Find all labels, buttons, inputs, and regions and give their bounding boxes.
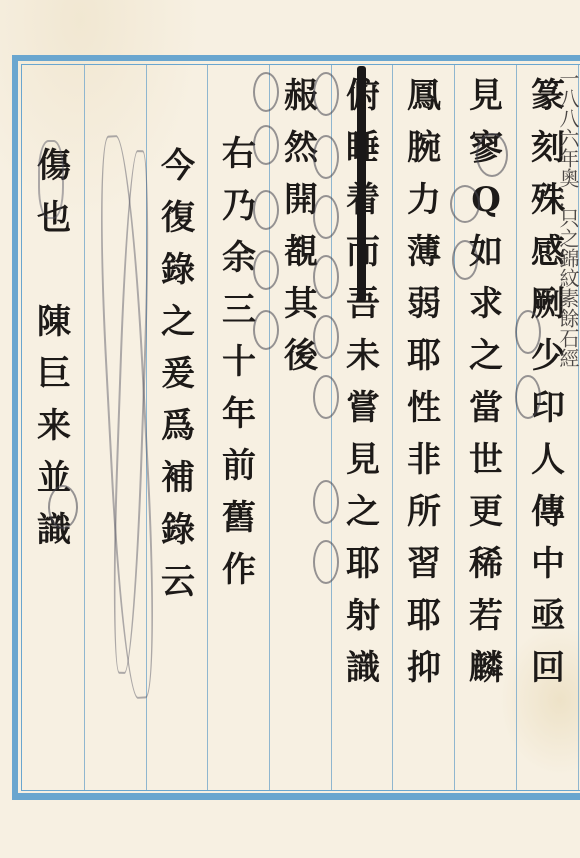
text-column-3: 鳳 腕 力 薄 弱 耶 性 非 所 習 耶 抑 bbox=[393, 70, 455, 792]
text-column-6: 右 乃 余 三 十 年 前 舊 作 bbox=[208, 128, 270, 850]
char: 求 bbox=[461, 278, 511, 330]
char: 之 bbox=[338, 486, 388, 538]
char: 復 bbox=[153, 192, 203, 244]
char: 腕 bbox=[399, 122, 449, 174]
pencil-circle bbox=[476, 133, 508, 177]
char: 稀 bbox=[461, 538, 511, 590]
char: 弱 bbox=[399, 278, 449, 330]
char: 非 bbox=[399, 434, 449, 486]
right-margin-annotation: 一八八六年奧…只之錦紋素餘石經 bbox=[558, 68, 578, 828]
char: 力 bbox=[399, 174, 449, 226]
char: 之 bbox=[153, 296, 203, 348]
text-column-2: 見 寥 Q 如 求 之 當 世 更 稀 若 麟 bbox=[455, 70, 517, 792]
pencil-scribble bbox=[38, 140, 64, 219]
char: 見 bbox=[338, 434, 388, 486]
char: 識 bbox=[338, 642, 388, 694]
pencil-circle bbox=[313, 480, 339, 524]
char: 耶 bbox=[399, 590, 449, 642]
char: 薄 bbox=[399, 226, 449, 278]
pencil-circle bbox=[313, 195, 339, 239]
char: 作 bbox=[214, 544, 264, 596]
char: 未 bbox=[338, 330, 388, 382]
char: 見 bbox=[461, 70, 511, 122]
char: 陳 bbox=[29, 296, 79, 348]
char: 射 bbox=[338, 590, 388, 642]
char: 錄 bbox=[153, 244, 203, 296]
char: 錄 bbox=[153, 504, 203, 556]
pencil-circle bbox=[313, 540, 339, 584]
char: 當 bbox=[461, 382, 511, 434]
strike-through-mark bbox=[357, 66, 366, 302]
char: 世 bbox=[461, 434, 511, 486]
pencil-circle bbox=[253, 72, 279, 112]
pencil-circle bbox=[253, 250, 279, 290]
text-column-7: 今 復 錄 之 爰 爲 補 錄 云 bbox=[147, 140, 209, 858]
char: 爲 bbox=[153, 400, 203, 452]
char: 来 bbox=[29, 400, 79, 452]
char: 云 bbox=[153, 556, 203, 608]
char: 性 bbox=[399, 382, 449, 434]
char: 耶 bbox=[338, 538, 388, 590]
char: 今 bbox=[153, 140, 203, 192]
char: 更 bbox=[461, 486, 511, 538]
char: 若 bbox=[461, 590, 511, 642]
pencil-circle bbox=[313, 72, 339, 116]
pencil-circle bbox=[313, 315, 339, 359]
pencil-circle bbox=[313, 375, 339, 419]
char bbox=[29, 244, 79, 296]
pencil-circle bbox=[313, 255, 339, 299]
char: 補 bbox=[153, 452, 203, 504]
pencil-circle bbox=[48, 485, 78, 529]
char: 耶 bbox=[399, 330, 449, 382]
char: 抑 bbox=[399, 642, 449, 694]
pencil-circle bbox=[452, 240, 478, 280]
char: 年 bbox=[214, 388, 264, 440]
char: 舊 bbox=[214, 492, 264, 544]
char: 嘗 bbox=[338, 382, 388, 434]
pencil-circle bbox=[515, 375, 541, 419]
char: 麟 bbox=[461, 642, 511, 694]
char: 之 bbox=[461, 330, 511, 382]
char: 前 bbox=[214, 440, 264, 492]
pencil-circle bbox=[253, 190, 279, 230]
pencil-circle bbox=[313, 135, 339, 179]
char: 習 bbox=[399, 538, 449, 590]
pencil-circle bbox=[253, 125, 279, 165]
char: 巨 bbox=[29, 348, 79, 400]
char: 所 bbox=[399, 486, 449, 538]
pencil-circle bbox=[253, 310, 279, 350]
char: 爰 bbox=[153, 348, 203, 400]
char: 鳳 bbox=[399, 70, 449, 122]
pencil-circle bbox=[450, 185, 480, 223]
pencil-circle bbox=[515, 310, 541, 354]
